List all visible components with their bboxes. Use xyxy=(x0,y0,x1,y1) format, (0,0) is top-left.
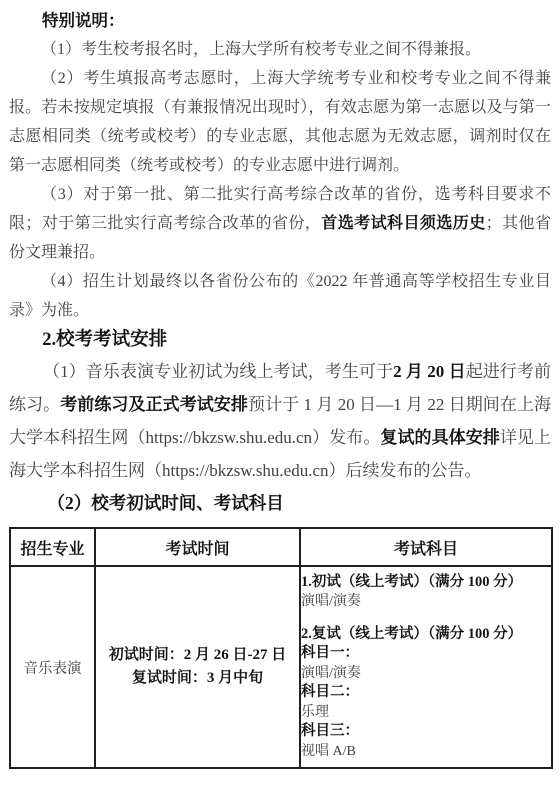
subject-line: 科目二： xyxy=(301,683,551,703)
subject-line: 科目一： xyxy=(301,644,551,664)
document-page: 特别说明：（1）考生校考报名时，上海大学所有校考专业之间不得兼报。（2）考生填报… xyxy=(0,0,560,769)
bold-run: 特别说明： xyxy=(42,11,125,30)
subsection-heading-exam-schedule: （2）校考初试时间、考试科目 xyxy=(9,489,551,518)
col-header-major: 招生专业 xyxy=(10,528,95,566)
subject-line-spacer xyxy=(301,612,551,625)
bold-run: 首选考试科目须选历史 xyxy=(321,215,485,232)
col-header-exam-time: 考试时间 xyxy=(95,528,300,566)
text-run: （4）招生计划最终以各省份公布的《2022 年普通高等学校招生专业目录》为准。 xyxy=(9,273,551,319)
first-exam-time: 初试时间：2 月 26 日-27 日 xyxy=(96,644,299,667)
text-run: （2）考生填报高考志愿时，上海大学统考专业和校考专业之间不得兼报。若未按规定填报… xyxy=(9,70,551,174)
paragraph-list: 特别说明：（1）考生校考报名时，上海大学所有校考专业之间不得兼报。（2）考生填报… xyxy=(9,6,551,518)
bold-run: 复试的具体安排 xyxy=(380,428,499,447)
subject-line: 乐理 xyxy=(301,703,551,723)
bold-run: （2）校考初试时间、考试科目 xyxy=(48,493,284,513)
bold-run: 2 月 20 日 xyxy=(393,362,466,381)
exam-subjects-cell: 1.初试（线上考试）（满分 100 分）演唱/演奏2.复试（线上考试）（满分 1… xyxy=(300,566,552,768)
note-2: （2）考生填报高考志愿时，上海大学统考专业和校考专业之间不得兼报。若未按规定填报… xyxy=(9,64,551,180)
col-header-exam-subjects: 考试科目 xyxy=(300,528,552,566)
subject-line: 2.复试（线上考试）（满分 100 分） xyxy=(301,625,551,645)
table-header-row: 招生专业 考试时间 考试科目 xyxy=(10,528,552,566)
exam-time-cell: 初试时间：2 月 26 日-27 日 复试时间：3 月中旬 xyxy=(95,566,300,768)
subject-line: 科目三： xyxy=(301,722,551,742)
table-row: 音乐表演 初试时间：2 月 26 日-27 日 复试时间：3 月中旬 1.初试（… xyxy=(10,566,552,768)
bold-run: 考前练习及正式考试安排 xyxy=(60,395,248,414)
retest-time: 复试时间：3 月中旬 xyxy=(96,667,299,690)
subject-line: 1.初试（线上考试）（满分 100 分） xyxy=(301,573,551,593)
special-notes-title: 特别说明： xyxy=(9,6,551,35)
text-run: （1）音乐表演专业初试为线上考试，考生可于 xyxy=(43,362,393,381)
note-3: （3）对于第一批、第二批实行高考综合改革的省份，选考科目要求不限；对于第三批实行… xyxy=(9,180,551,267)
major-cell: 音乐表演 xyxy=(10,566,95,768)
exam-schedule-table: 招生专业 考试时间 考试科目 音乐表演 初试时间：2 月 26 日-27 日 复… xyxy=(9,527,553,769)
subject-line: 演唱/演奏 xyxy=(301,592,551,612)
text-run: （1）考生校考报名时，上海大学所有校考专业之间不得兼报。 xyxy=(41,41,481,58)
subject-line: 视唱 A/B xyxy=(301,742,551,762)
note-4: （4）招生计划最终以各省份公布的《2022 年普通高等学校招生专业目录》为准。 xyxy=(9,267,551,325)
bold-run: 2.校考考试安排 xyxy=(42,330,167,350)
section-heading-exam-arrangement: 2.校考考试安排 xyxy=(9,325,551,355)
exam-arrangement-paragraph: （1）音乐表演专业初试为线上考试，考生可于2 月 20 日起进行考前练习。考前练… xyxy=(9,355,551,487)
note-1: （1）考生校考报名时，上海大学所有校考专业之间不得兼报。 xyxy=(9,35,551,64)
subject-line: 演唱/演奏 xyxy=(301,664,551,684)
